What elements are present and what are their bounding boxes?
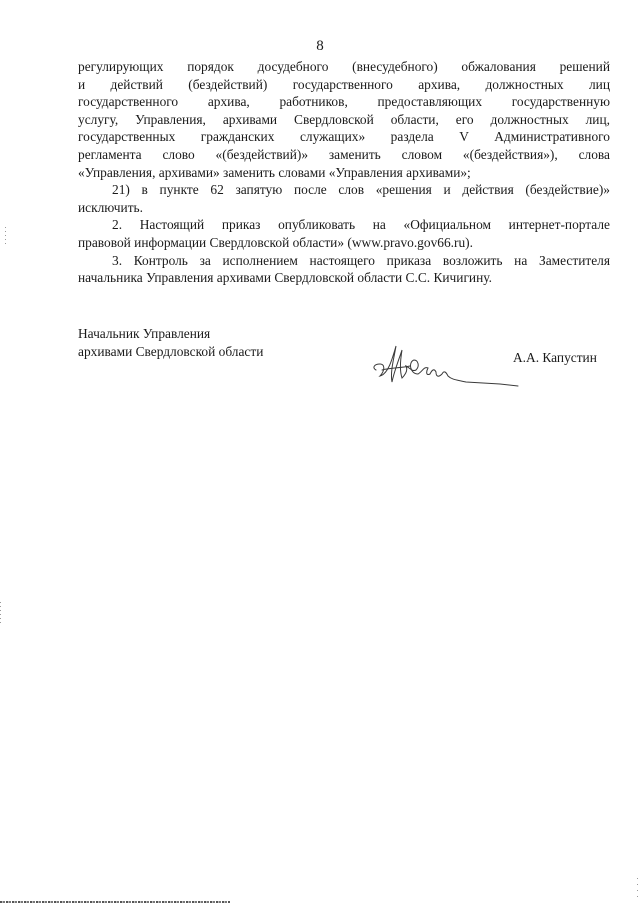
text-line: начальника Управления архивами Свердловс…: [78, 269, 610, 287]
scan-artifact-line: [0, 901, 230, 903]
text-line: и действий (бездействий) государственног…: [78, 76, 610, 94]
text-line: правовой информации Свердловской области…: [78, 234, 610, 252]
text-line: 21) в пункте 62 запятую после слов «реше…: [78, 181, 610, 199]
text-line: «Управления, архивами» заменить словами …: [78, 164, 610, 182]
scan-edge-marks: [0, 602, 2, 626]
text-line: 3. Контроль за исполнением настоящего пр…: [78, 252, 610, 270]
scan-edge-marks: [637, 878, 639, 902]
text-line: 2. Настоящий приказ опубликовать на «Офи…: [78, 216, 610, 234]
text-line: исключить.: [78, 199, 610, 217]
handwritten-signature-icon: [370, 340, 530, 392]
signer-name: А.А. Капустин: [513, 350, 597, 366]
page-number: 8: [0, 38, 640, 55]
text-line: регламента слово «(бездействий)» заменит…: [78, 146, 610, 164]
text-line: государственных гражданских служащих» ра…: [78, 128, 610, 146]
paragraph-item-21: 21) в пункте 62 запятую после слов «реше…: [78, 181, 610, 216]
paragraph-continuation: регулирующих порядок досудебного (внесуд…: [78, 58, 610, 181]
position-title-line-2: архивами Свердловской области: [78, 343, 263, 361]
text-line: государственного архива, работников, пре…: [78, 93, 610, 111]
paragraph-item-3: 3. Контроль за исполнением настоящего пр…: [78, 252, 610, 287]
text-line: регулирующих порядок досудебного (внесуд…: [78, 58, 610, 76]
signature-position: Начальник Управления архивами Свердловск…: [78, 325, 263, 360]
text-line: услугу, Управления, архивами Свердловско…: [78, 111, 610, 129]
document-body: регулирующих порядок досудебного (внесуд…: [78, 58, 610, 287]
scan-edge-marks: [5, 227, 7, 247]
paragraph-item-2: 2. Настоящий приказ опубликовать на «Офи…: [78, 216, 610, 251]
position-title-line-1: Начальник Управления: [78, 325, 263, 343]
